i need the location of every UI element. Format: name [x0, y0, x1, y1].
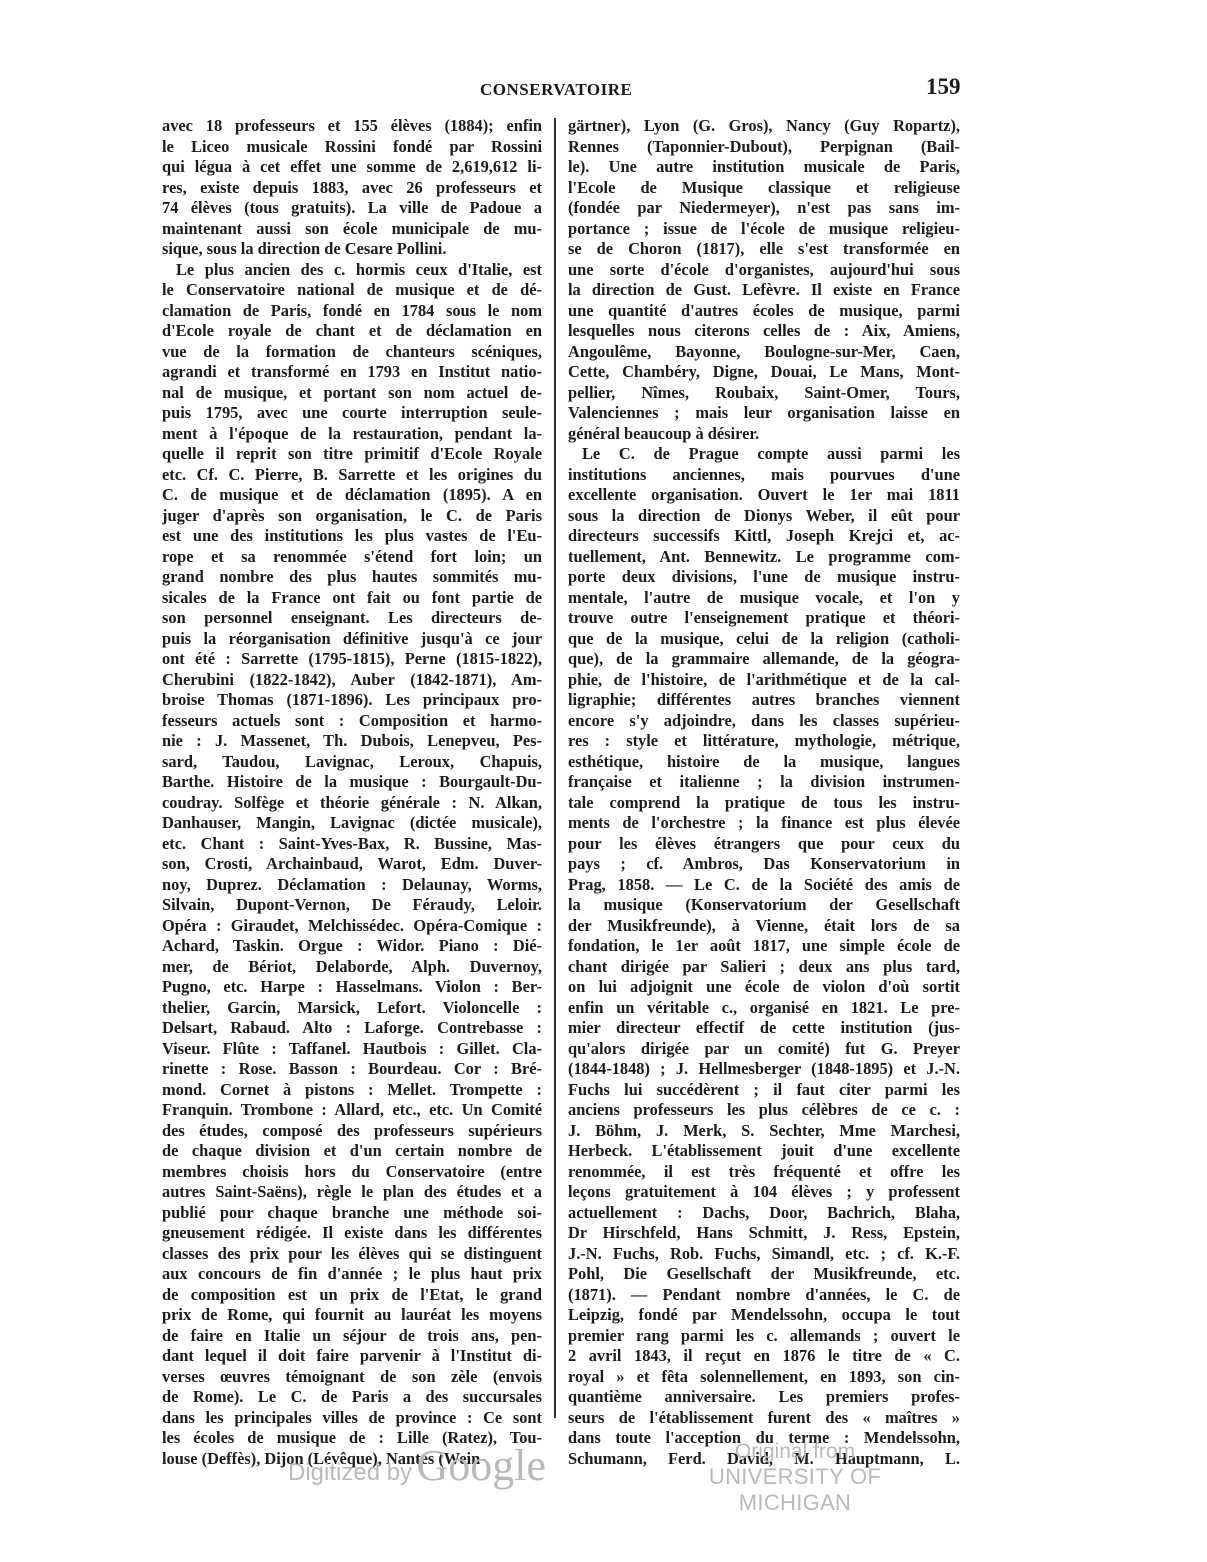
text-line: sicales de la France ont fait ou font pa… [162, 588, 542, 609]
text-line: on lui adjoignit une école de violon d'o… [568, 977, 960, 998]
institution-name: UNIVERSITY OF MICHIGAN [670, 1464, 920, 1516]
text-line: de faire en Italie un séjour de trois an… [162, 1326, 542, 1347]
text-line: institutions anciennes, mais pourvues d'… [568, 465, 960, 486]
text-line: sique, sous la direction de Cesare Polli… [162, 239, 542, 260]
text-line: actuellement : Dachs, Door, Bachrich, Bl… [568, 1203, 960, 1224]
text-line: dant lequel il doit faire parvenir à l'I… [162, 1346, 542, 1367]
text-line: Fuchs lui succédèrent ; il faut citer pa… [568, 1080, 960, 1101]
text-line: dans les principales villes de province … [162, 1408, 542, 1429]
text-line: Delsart, Rabaud. Alto : Laforge. Contreb… [162, 1018, 542, 1039]
text-line: Dr Hirschfeld, Hans Schmitt, J. Ress, Ep… [568, 1223, 960, 1244]
column-right: gärtner), Lyon (G. Gros), Nancy (Guy Rop… [568, 116, 960, 1469]
text-line: encore s'y adjoindre, dans les classes s… [568, 711, 960, 732]
text-line: rope et sa renommée s'étend fort loin; u… [162, 547, 542, 568]
text-line: rinette : Rose. Basson : Bourdeau. Cor :… [162, 1059, 542, 1080]
text-line: lesquelles nous citerons celles de : Aix… [568, 321, 960, 342]
text-line: le). Une autre institution musicale de P… [568, 157, 960, 178]
text-line: Cherubini (1822-1842), Auber (1842-1871)… [162, 670, 542, 691]
google-wordmark: Google [417, 1441, 547, 1490]
text-line: phie, de l'histoire, de l'arithmétique e… [568, 670, 960, 691]
text-line: Franquin. Trombone : Allard, etc., etc. … [162, 1100, 542, 1121]
text-line: Viseur. Flûte : Taffanel. Hautbois : Gil… [162, 1039, 542, 1060]
text-line: quelle il reprit son titre primitif d'Ec… [162, 444, 542, 465]
text-line: Pohl, Die Gesellschaft der Musikfreunde,… [568, 1264, 960, 1285]
text-line: fondation, le 1er août 1817, une simple … [568, 936, 960, 957]
text-line: son personnel enseignant. Les directeurs… [162, 608, 542, 629]
text-line: (1844-1848) ; J. Hellmesberger (1848-189… [568, 1059, 960, 1080]
text-line: pays ; cf. Ambros, Das Konservatorium in [568, 854, 960, 875]
text-line: des études, composé des professeurs supé… [162, 1121, 542, 1142]
text-line: agrandi et transformé en 1793 en Institu… [162, 362, 542, 383]
text-line: nie : J. Massenet, Th. Dubois, Lenepveu,… [162, 731, 542, 752]
text-line: leçons gratuitement à 104 élèves ; y pro… [568, 1182, 960, 1203]
text-line: membres choisis hors du Conservatoire (e… [162, 1162, 542, 1183]
text-line: Le C. de Prague compte aussi parmi les [568, 444, 960, 465]
text-line: Danhauser, Mangin, Lavignac (dictée musi… [162, 813, 542, 834]
text-line: française et italienne ; la division ins… [568, 772, 960, 793]
text-line: res, existe depuis 1883, avec 26 profess… [162, 178, 542, 199]
text-line: J. Böhm, J. Merk, S. Sechter, Mme Marche… [568, 1121, 960, 1142]
text-line: premier rang parmi les c. allemands ; ou… [568, 1326, 960, 1347]
text-line: pellier, Nîmes, Roubaix, Saint-Omer, Tou… [568, 383, 960, 404]
text-line: Cette, Chambéry, Digne, Douai, Le Mans, … [568, 362, 960, 383]
text-line: broise Thomas (1871-1896). Les principau… [162, 690, 542, 711]
text-line: directeurs successifs Kittl, Joseph Krej… [568, 526, 960, 547]
text-line: mier directeur effectif de cette institu… [568, 1018, 960, 1039]
text-line: Achard, Taskin. Orgue : Widor. Piano : D… [162, 936, 542, 957]
text-line: puis la réorganisation définitive jusqu'… [162, 629, 542, 650]
text-line: gärtner), Lyon (G. Gros), Nancy (Guy Rop… [568, 116, 960, 137]
text-line: l'Ecole de Musique classique et religieu… [568, 178, 960, 199]
text-line: prix de Rome, qui fournit au lauréat les… [162, 1305, 542, 1326]
text-line: trouve outre l'enseignement pratique et … [568, 608, 960, 629]
text-line: etc. Chant : Saint-Yves-Bax, R. Bussine,… [162, 834, 542, 855]
text-line: renommée, il est très fréquenté et offre… [568, 1162, 960, 1183]
text-line: se de Choron (1817), elle s'est transfor… [568, 239, 960, 260]
text-line: tuellement, Ant. Bennewitz. Le programme… [568, 547, 960, 568]
digitized-prefix: Digitized by [288, 1459, 412, 1486]
text-line: clamation de Paris, fondé en 1784 sous l… [162, 301, 542, 322]
text-line: 2 avril 1843, il reçut en 1876 le titre … [568, 1346, 960, 1367]
text-line: coudray. Solfège et théorie générale : N… [162, 793, 542, 814]
text-line: enfin un véritable c., organisé en 1821.… [568, 998, 960, 1019]
text-line: que de la musique, celui de la religion … [568, 629, 960, 650]
running-head: CONSERVATOIRE [480, 80, 632, 100]
text-line: le Liceo musicale Rossini fondé par Ross… [162, 137, 542, 158]
text-line: esthétique, histoire de la musique, lang… [568, 752, 960, 773]
text-line: grand nombre des plus hautes sommités mu… [162, 567, 542, 588]
original-from-label: Original from [670, 1440, 920, 1464]
text-line: der Musikfreunde), à Vienne, était lors … [568, 916, 960, 937]
text-line: son, Crosti, Archainbaud, Warot, Edm. Du… [162, 854, 542, 875]
text-line: une sorte d'école d'organistes, aujourd'… [568, 260, 960, 281]
original-from-watermark: Original from UNIVERSITY OF MICHIGAN [670, 1440, 920, 1516]
text-line: sous la direction de Dionys Weber, il eû… [568, 506, 960, 527]
text-line: la direction de Gust. Lefèvre. Il existe… [568, 280, 960, 301]
column-left: avec 18 professeurs et 155 élèves (1884)… [162, 116, 542, 1469]
text-line: ment à l'époque de la restauration, pend… [162, 424, 542, 445]
text-line: 74 élèves (tous gratuits). La ville de P… [162, 198, 542, 219]
text-line: ont été : Sarrette (1795-1815), Perne (1… [162, 649, 542, 670]
text-line: royal » et fêta solennellement, en 1893,… [568, 1367, 960, 1388]
text-line: autres Saint-Saëns), règle le plan des é… [162, 1182, 542, 1203]
text-line: (fondée par Niedermeyer), n'est pas sans… [568, 198, 960, 219]
text-line: maintenant aussi son école municipale de… [162, 219, 542, 240]
text-line: Silvain, Dupont-Vernon, De Féraudy, Lelo… [162, 895, 542, 916]
text-line: de chaque division et d'un certain nombr… [162, 1141, 542, 1162]
text-line: de composition est un prix de l'Etat, le… [162, 1285, 542, 1306]
text-line: etc. Cf. C. Pierre, B. Sarrette et les o… [162, 465, 542, 486]
text-line: la musique (Konservatorium der Gesellsch… [568, 895, 960, 916]
text-line: le Conservatoire national de musique et … [162, 280, 542, 301]
text-line: anciens professeurs les plus célèbres de… [568, 1100, 960, 1121]
text-line: sard, Taudou, Lavignac, Leroux, Chapuis, [162, 752, 542, 773]
text-line: res : style et littérature, mythologie, … [568, 731, 960, 752]
text-line: Barthe. Histoire de la musique : Bourgau… [162, 772, 542, 793]
text-line: tale comprend la pratique de tous les in… [568, 793, 960, 814]
text-line: Le plus ancien des c. hormis ceux d'Ital… [162, 260, 542, 281]
column-divider [554, 118, 556, 1418]
text-line: que), de la grammaire allemande, de la g… [568, 649, 960, 670]
text-line: excellente organisation. Ouvert le 1er m… [568, 485, 960, 506]
text-line: mond. Cornet à pistons : Mellet. Trompet… [162, 1080, 542, 1101]
text-line: nal de musique, et portant son nom actue… [162, 383, 542, 404]
text-line: thelier, Garcin, Marsick, Lefort. Violon… [162, 998, 542, 1019]
text-line: noy, Duprez. Déclamation : Delaunay, Wor… [162, 875, 542, 896]
text-line: chant dirigée par Salieri ; deux ans plu… [568, 957, 960, 978]
text-line: gneusement rédigée. Il existe dans les d… [162, 1223, 542, 1244]
text-line: publié pour chaque branche une méthode s… [162, 1203, 542, 1224]
text-line: Rennes (Taponnier-Dubout), Perpignan (Ba… [568, 137, 960, 158]
text-line: Herbeck. L'établissement jouit d'une exc… [568, 1141, 960, 1162]
text-line: Prag, 1858. — Le C. de la Société des am… [568, 875, 960, 896]
digitized-by-google-watermark: Digitized by Google [288, 1440, 546, 1491]
text-line: C. de musique et de déclamation (1895). … [162, 485, 542, 506]
text-line: puis 1795, avec une courte interruption … [162, 403, 542, 424]
page-number: 159 [926, 74, 961, 100]
text-line: mer, de Bériot, Delaborde, Alph. Duverno… [162, 957, 542, 978]
text-line: pour les élèves étrangers que pour ceux … [568, 834, 960, 855]
text-line: fesseurs actuels sont : Composition et h… [162, 711, 542, 732]
text-line: quantième anniversaire. Les premiers pro… [568, 1387, 960, 1408]
text-line: qu'alors dirigée par un comité) fut G. P… [568, 1039, 960, 1060]
text-line: vue de la formation de chanteurs scéniqu… [162, 342, 542, 363]
text-line: verses œuvres témoignant de son zèle (en… [162, 1367, 542, 1388]
text-line: ments de l'orchestre ; la finance est pl… [568, 813, 960, 834]
text-line: mentale, l'autre de musique vocale, et l… [568, 588, 960, 609]
text-line: Leipzig, fondé par Mendelssohn, occupa l… [568, 1305, 960, 1326]
text-line: J.-N. Fuchs, Rob. Fuchs, Simandl, etc. ;… [568, 1244, 960, 1265]
text-line: juger d'après son organisation, le C. de… [162, 506, 542, 527]
text-line: une quantité d'autres écoles de musique,… [568, 301, 960, 322]
text-line: portance ; issue de l'école de musique r… [568, 219, 960, 240]
text-line: de Rome). Le C. de Paris a des succursal… [162, 1387, 542, 1408]
text-line: seurs de l'établissement furent des « ma… [568, 1408, 960, 1429]
text-line: classes des prix pour les élèves qui se … [162, 1244, 542, 1265]
text-line: est une des institutions les plus vastes… [162, 526, 542, 547]
text-line: qui légua à cet effet une somme de 2,619… [162, 157, 542, 178]
text-line: porte deux divisions, l'une de musique i… [568, 567, 960, 588]
text-line: Angoulême, Bayonne, Boulogne-sur-Mer, Ca… [568, 342, 960, 363]
text-line: avec 18 professeurs et 155 élèves (1884)… [162, 116, 542, 137]
text-line: d'Ecole royale de chant et de déclamatio… [162, 321, 542, 342]
text-line: aux concours de fin d'année ; le plus ha… [162, 1264, 542, 1285]
text-line: (1871). — Pendant nombre d'années, le C.… [568, 1285, 960, 1306]
text-line: général beaucoup à désirer. [568, 424, 960, 445]
text-line: ligraphie; différentes autres branches v… [568, 690, 960, 711]
text-line: Valenciennes ; mais leur organisation la… [568, 403, 960, 424]
text-line: Pugno, etc. Harpe : Hasselmans. Violon :… [162, 977, 542, 998]
text-line: Opéra : Giraudet, Melchissédec. Opéra-Co… [162, 916, 542, 937]
